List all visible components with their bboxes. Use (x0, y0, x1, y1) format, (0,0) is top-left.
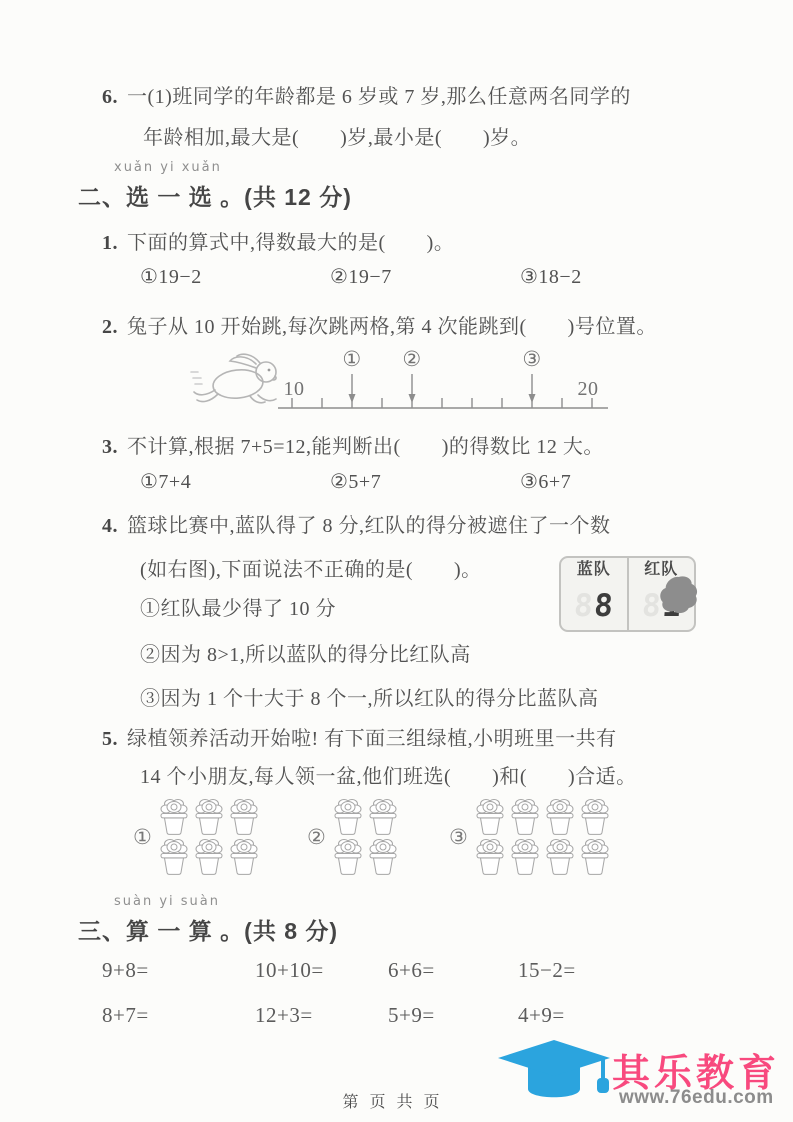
plant-group-3: ③ (449, 796, 615, 878)
calc-2-3: 5+9= (388, 1003, 518, 1028)
q1-option-1: ①19−2 (140, 264, 330, 289)
plant-group-2-image (329, 796, 403, 878)
question-1: 1.下面的算式中,得数最大的是( )。 (102, 226, 454, 255)
section-3-heading: 三、算 一 算 。(共 8 分) (78, 913, 338, 946)
blue-team-score: 8 8 (559, 582, 628, 630)
question-3-text: 不计算,根据 7+5=12,能判断出( )的得数比 12 大。 (127, 436, 604, 458)
plant-group-1-image (155, 796, 264, 878)
question-3-options: ①7+4 ②5+7 ③6+7 (140, 469, 571, 494)
section-2-heading: 二、选 一 选 。(共 12 分) (78, 179, 352, 212)
calc-1-4: 15−2= (518, 958, 576, 983)
svg-text:③: ③ (522, 347, 541, 371)
calc-1-3: 6+6= (388, 958, 518, 983)
question-6-number: 6. (102, 86, 118, 108)
q3-option-1: ①7+4 (140, 469, 330, 494)
rabbit-icon (190, 350, 285, 408)
question-5-text-1: 绿植领养活动开始啦! 有下面三组绿植,小明班里一共有 (127, 728, 617, 750)
worksheet-page: 6.一(1)班同学的年龄都是 6 岁或 7 岁,那么任意两名同学的 年龄相加,最… (0, 0, 793, 1122)
question-1-number: 1. (102, 232, 118, 254)
svg-text:20: 20 (578, 378, 599, 400)
q1-option-3: ③18−2 (520, 264, 582, 289)
ghost-digit: 8 (573, 588, 595, 624)
calc-1-2: 10+10= (255, 958, 388, 983)
question-3: 3.不计算,根据 7+5=12,能判断出( )的得数比 12 大。 (102, 430, 604, 459)
plant-group-3-label: ③ (449, 827, 468, 848)
svg-text:10: 10 (284, 378, 305, 400)
plant-group-2-label: ② (307, 827, 326, 848)
blue-score-digit: 8 (593, 588, 615, 624)
question-5-line-1: 5.绿植领养活动开始啦! 有下面三组绿植,小明班里一共有 (102, 722, 617, 751)
question-1-options: ①19−2 ②19−7 ③18−2 (140, 264, 582, 289)
q3-option-3: ③6+7 (520, 469, 571, 494)
question-5-line-2: 14 个小朋友,每人领一盆,他们班选( )和( )合适。 (140, 760, 637, 789)
calc-row-1: 9+8= 10+10= 6+6= 15−2= (102, 958, 576, 983)
question-4-number: 4. (102, 515, 118, 537)
plant-group-1-label: ① (133, 827, 152, 848)
question-2-number: 2. (102, 316, 118, 338)
q4-option-3: ③因为 1 个十大于 8 个一,所以红队的得分比蓝队高 (140, 682, 599, 711)
q3-option-2: ②5+7 (330, 469, 520, 494)
q4-option-1: ①红队最少得了 10 分 (140, 592, 336, 621)
q4-option-2: ②因为 8>1,所以蓝队的得分比红队高 (140, 638, 471, 667)
section-2-pinyin: xuǎn yi xuǎn (114, 160, 222, 175)
calc-2-4: 4+9= (518, 1003, 565, 1028)
question-6-line-2: 年龄相加,最大是( )岁,最小是( )岁。 (143, 121, 531, 150)
question-1-text: 下面的算式中,得数最大的是( )。 (127, 232, 454, 254)
page-footer: 第页共页 (0, 1089, 793, 1112)
section-3-pinyin: suàn yi suàn (114, 894, 220, 909)
number-line: 1020①②③ (276, 344, 616, 422)
calc-row-2: 8+7= 12+3= 5+9= 4+9= (102, 1003, 565, 1028)
question-4-text-1: 篮球比赛中,蓝队得了 8 分,红队的得分被遮住了一个数 (127, 515, 611, 537)
scoreboard: 蓝队 8 8 红队 8 1 (559, 556, 696, 632)
calc-2-1: 8+7= (102, 1003, 255, 1028)
question-2: 2.兔子从 10 开始跳,每次跳两格,第 4 次能跳到( )号位置。 (102, 310, 657, 339)
question-4-line-2: (如右图),下面说法不正确的是( )。 (140, 553, 482, 582)
question-5-number: 5. (102, 728, 118, 750)
calc-1-1: 9+8= (102, 958, 255, 983)
question-6-line-1: 6.一(1)班同学的年龄都是 6 岁或 7 岁,那么任意两名同学的 (102, 80, 631, 109)
calc-2-2: 12+3= (255, 1003, 388, 1028)
svg-text:①: ① (342, 347, 361, 371)
blue-team-label: 蓝队 (577, 558, 611, 582)
question-6-text: 一(1)班同学的年龄都是 6 岁或 7 岁,那么任意两名同学的 (127, 86, 631, 108)
plant-group-3-image (471, 796, 615, 878)
svg-text:②: ② (402, 347, 421, 371)
question-2-text: 兔子从 10 开始跳,每次跳两格,第 4 次能跳到( )号位置。 (127, 316, 657, 338)
scoreboard-blue-cell: 蓝队 8 8 (561, 558, 627, 630)
question-4-line-1: 4.篮球比赛中,蓝队得了 8 分,红队的得分被遮住了一个数 (102, 509, 611, 538)
scoreboard-red-cell: 红队 8 1 (629, 558, 695, 630)
plant-group-1: ① (133, 796, 264, 878)
plant-group-2: ② (307, 796, 403, 878)
q1-option-2: ②19−7 (330, 264, 520, 289)
question-3-number: 3. (102, 436, 118, 458)
red-team-score: 8 1 (627, 582, 696, 630)
ink-blob-cover (657, 574, 699, 618)
